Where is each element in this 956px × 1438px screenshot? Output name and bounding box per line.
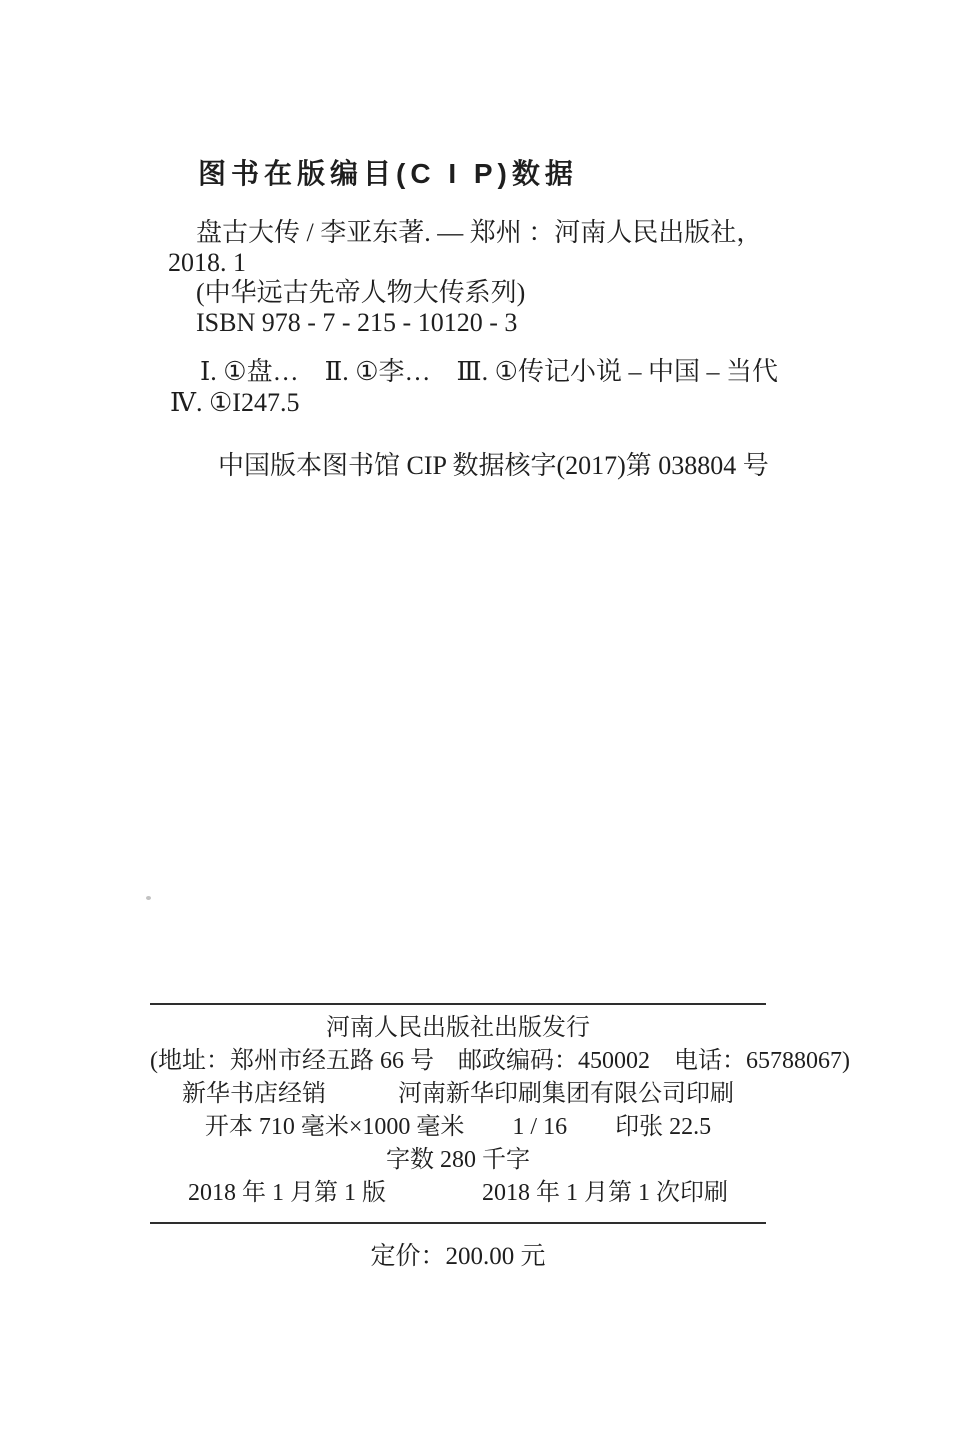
divider-top: [150, 1003, 766, 1005]
cip-classification-line-2: Ⅳ. ①I247.5: [170, 387, 778, 418]
format-line: 开本 710 毫米×1000 毫米 1 / 16 印张 22.5: [150, 1111, 766, 1144]
cip-heading: 图书在版编目(C I P)数据: [198, 152, 578, 192]
edition-line: 2018 年 1 月第 1 版 2018 年 1 月第 1 次印刷: [150, 1177, 766, 1210]
cip-record-title-line: 盘古大传 / 李亚东著. — 郑州 ：河南人民出版社，: [168, 218, 762, 248]
publisher-line: 河南人民出版社出版发行: [150, 1012, 766, 1045]
cip-record-isbn-line: ISBN 978 - 7 - 215 - 10120 - 3: [168, 308, 762, 338]
scan-speck: [146, 896, 151, 900]
word-count-line: 字数 280 千字: [150, 1144, 766, 1177]
book-copyright-page: 图书在版编目(C I P)数据 盘古大传 / 李亚东著. — 郑州 ：河南人民出…: [0, 0, 956, 1438]
cip-classification-line-1: Ⅰ. ①盘… Ⅱ. ①李… Ⅲ. ①传记小说 – 中国 – 当代: [170, 356, 778, 387]
divider-bottom: [150, 1222, 766, 1224]
cip-classification-block: Ⅰ. ①盘… Ⅱ. ①李… Ⅲ. ①传记小说 – 中国 – 当代 Ⅳ. ①I24…: [170, 356, 778, 418]
price-line: 定价：200.00 元: [150, 1240, 766, 1273]
distribution-line: 新华书店经销 河南新华印刷集团有限公司印刷: [150, 1078, 766, 1111]
colophon-block: 河南人民出版社出版发行 (地址：郑州市经五路 66 号 邮政编码：450002 …: [150, 1003, 766, 1273]
cip-record-series-line: (中华远古先帝人物大传系列): [168, 278, 762, 308]
cip-record-year-line: 2018. 1: [168, 248, 762, 278]
cip-record-block: 盘古大传 / 李亚东著. — 郑州 ：河南人民出版社， 2018. 1 (中华远…: [168, 218, 762, 338]
cip-record-number: 中国版本图书馆 CIP 数据核字(2017)第 038804 号: [218, 450, 769, 481]
address-line: (地址：郑州市经五路 66 号 邮政编码：450002 电话：65788067): [150, 1045, 766, 1078]
